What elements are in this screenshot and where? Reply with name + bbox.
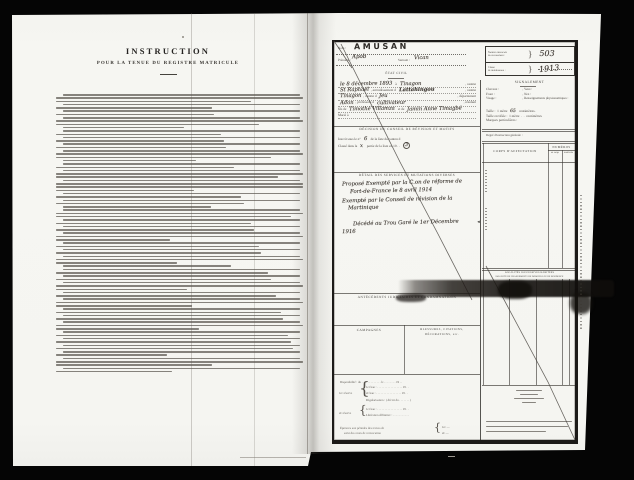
ink-smear-blob <box>498 281 532 299</box>
ink-smear-blob <box>396 294 426 302</box>
diagonal-strike-marks <box>0 0 634 480</box>
margin-vertical-text-marks <box>580 195 582 330</box>
document-scan: INSTRUCTION POUR LA TENUE DU REGISTRE MA… <box>0 0 634 480</box>
